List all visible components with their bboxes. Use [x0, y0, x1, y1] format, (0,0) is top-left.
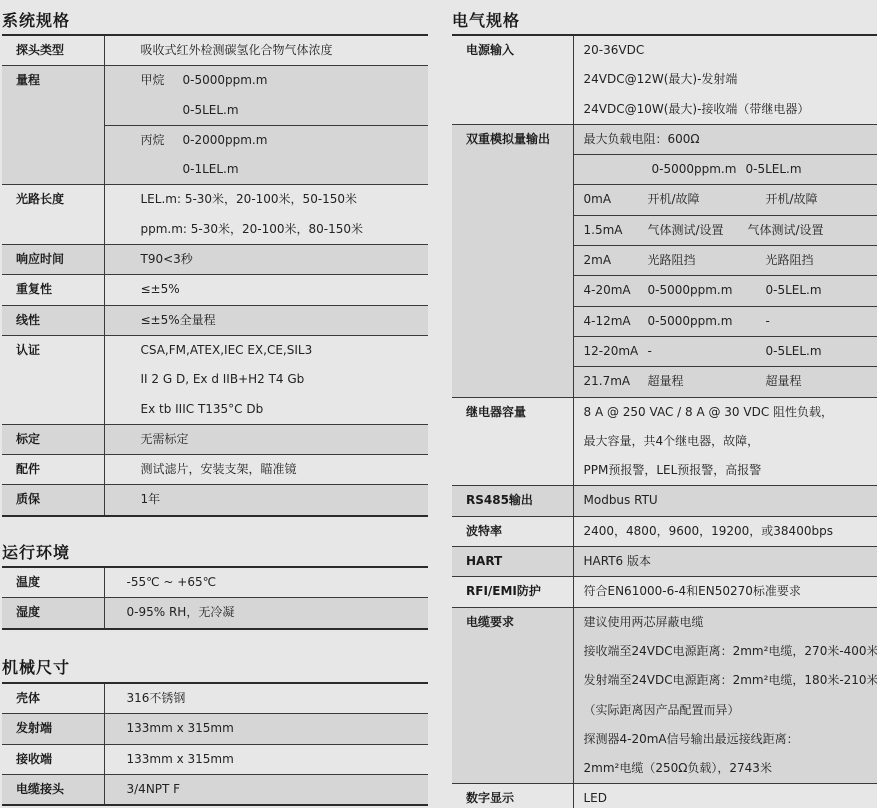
row-value: 无需标定	[141, 425, 429, 454]
row-label: 线性	[16, 306, 104, 335]
table-row: 壳体 316不锈钢	[2, 683, 428, 714]
row-label: 标定	[16, 425, 104, 454]
row-label: 探头类型	[16, 36, 104, 65]
row-value: 8 A @ 250 VAC / 8 A @ 30 VDC 阻性负载，	[584, 398, 877, 427]
table-row: 双重模拟量输出 最大负载电阻：600Ω 0-5000ppm.m 0-5LEL.m…	[452, 124, 877, 397]
section-title-electrical: 电气规格	[452, 8, 520, 31]
row-value: -55℃ ~ +65℃	[127, 568, 429, 597]
analog-header-row: 0-5000ppm.m 0-5LEL.m	[574, 154, 877, 184]
row-value: 0-2000ppm.m	[183, 126, 268, 155]
row-label: 温度	[16, 568, 104, 597]
row-label: 配件	[16, 455, 104, 484]
row-value: 2mm²电缆（250Ω负载），2743米	[584, 754, 877, 783]
row-label: 电缆接头	[16, 775, 104, 804]
table-row: RFI/EMI防护 符合EN61000-6-4和EN50270标准要求	[452, 577, 877, 607]
row-value: 0-5LEL.m	[183, 96, 268, 125]
section-title-mechanical: 机械尺寸	[2, 655, 70, 678]
row-value: 133mm x 315mm	[127, 745, 429, 774]
analog-row: 0mA 开机/故障 开机/故障	[574, 184, 877, 214]
table-row: 重复性 ≤±5%	[2, 275, 428, 305]
analog-row: 21.7mA 超量程 超量程	[574, 366, 877, 396]
analog-row: 4-12mA 0-5000ppm.m -	[574, 306, 877, 336]
table-row: 认证 CSA,FM,ATEX,IEC EX,CE,SIL3 II 2 G D, …	[2, 335, 428, 424]
row-value: LED	[584, 784, 877, 808]
table-row: 量程 甲烷 0-5000ppm.m 0-5LEL.m 丙烷 0-2000ppm.…	[2, 66, 428, 185]
table-row: 探头类型 吸收式红外检测碳氢化合物气体浓度	[2, 35, 428, 66]
row-value: 最大容量，共4个继电器，故障，	[584, 427, 877, 456]
table-row: HART HART6 版本	[452, 547, 877, 577]
table-row: 配件 测试滤片，安装支架，瞄准镜	[2, 455, 428, 485]
row-value: 符合EN61000-6-4和EN50270标准要求	[584, 577, 877, 606]
section-title-environment: 运行环境	[2, 540, 70, 563]
analog-row: 2mA 光路阻挡 光路阻挡	[574, 245, 877, 275]
table-row: 电缆接头 3/4NPT F	[2, 774, 428, 805]
row-label: 双重模拟量输出	[466, 125, 573, 154]
table-row: 继电器容量 8 A @ 250 VAC / 8 A @ 30 VDC 阻性负载，…	[452, 397, 877, 486]
row-label: 数字显示	[466, 784, 573, 808]
row-label: 波特率	[466, 517, 573, 546]
row-value: 24VDC@10W(最大)-接收端（带继电器）	[584, 95, 877, 124]
system-spec-table: 探头类型 吸收式红外检测碳氢化合物气体浓度 量程 甲烷 0-5000ppm.m …	[2, 34, 428, 517]
row-label: 重复性	[16, 275, 104, 304]
row-value: Modbus RTU	[584, 486, 877, 515]
row-label: RS485输出	[466, 486, 573, 515]
row-value: CSA,FM,ATEX,IEC EX,CE,SIL3	[141, 336, 429, 365]
header-ppm: 0-5000ppm.m	[648, 155, 746, 184]
row-value: PPM预报警，LEL预报警，高报警	[584, 456, 877, 485]
row-label: 湿度	[16, 598, 104, 627]
row-label: 认证	[16, 336, 104, 365]
row-value: ppm.m: 5-30米，20-100米，80-150米	[141, 215, 429, 244]
row-value: （实际距离因产品配置而异）	[584, 696, 877, 725]
row-value: 316不锈钢	[127, 684, 429, 713]
row-value: 探测器4-20mA信号输出最远接线距离：	[584, 725, 877, 754]
row-value: 测试滤片，安装支架，瞄准镜	[141, 455, 429, 484]
row-value: 24VDC@12W(最大)-发射端	[584, 65, 877, 94]
row-value: 0-95% RH，无冷凝	[127, 598, 429, 627]
row-label: 光路长度	[16, 185, 104, 214]
row-value: 0-5000ppm.m	[183, 66, 268, 95]
table-row: 线性 ≤±5%全量程	[2, 305, 428, 335]
row-value: 发射端至24VDC电源距离：2mm²电缆，180米-210米	[584, 666, 877, 695]
table-row: 发射端 133mm x 315mm	[2, 714, 428, 744]
mechanical-table: 壳体 316不锈钢 发射端 133mm x 315mm 接收端 133mm x …	[2, 682, 428, 806]
row-value: 0-1LEL.m	[183, 155, 268, 184]
row-value: T90<3秒	[141, 245, 429, 274]
row-value: 133mm x 315mm	[127, 714, 429, 743]
analog-row: 4-20mA 0-5000ppm.m 0-5LEL.m	[574, 275, 877, 305]
row-value: 3/4NPT F	[127, 775, 429, 804]
row-label: 量程	[16, 66, 104, 95]
environment-table: 温度 -55℃ ~ +65℃ 湿度 0-95% RH，无冷凝	[2, 566, 428, 630]
row-value: 接收端至24VDC电源距离：2mm²电缆，270米-400米	[584, 637, 877, 666]
gas-name: 丙烷	[141, 126, 183, 155]
table-row: RS485输出 Modbus RTU	[452, 486, 877, 516]
table-row: 电缆要求 建议使用两芯屏蔽电缆 接收端至24VDC电源距离：2mm²电缆，270…	[452, 607, 877, 784]
table-row: 响应时间 T90<3秒	[2, 245, 428, 275]
analog-row: 1.5mA 气体测试/设置 气体测试/设置	[574, 215, 877, 245]
row-label: 质保	[16, 485, 104, 514]
row-label: 电源输入	[466, 36, 573, 65]
row-value: 1年	[141, 485, 429, 514]
table-row: 数字显示 LED	[452, 784, 877, 808]
table-row: 电源输入 20-36VDC 24VDC@12W(最大)-发射端 24VDC@10…	[452, 35, 877, 124]
row-label: 壳体	[16, 684, 104, 713]
table-row: 光路长度 LEL.m: 5-30米，20-100米，50-150米 ppm.m:…	[2, 185, 428, 245]
header-lel: 0-5LEL.m	[746, 155, 802, 184]
row-label: 继电器容量	[466, 398, 573, 427]
row-label: HART	[466, 547, 573, 576]
row-value: Ex tb IIIC T135°C Db	[141, 395, 429, 424]
row-label: 接收端	[16, 745, 104, 774]
analog-row: 12-20mA - 0-5LEL.m	[574, 336, 877, 366]
row-label: 发射端	[16, 714, 104, 743]
range-group-propane: 丙烷 0-2000ppm.m 0-1LEL.m	[105, 125, 429, 185]
section-title-system: 系统规格	[2, 8, 70, 31]
table-row: 波特率 2400，4800，9600，19200，或38400bps	[452, 516, 877, 546]
row-label: RFI/EMI防护	[466, 577, 573, 606]
range-group-methane: 甲烷 0-5000ppm.m 0-5LEL.m	[105, 66, 429, 125]
row-value: ≤±5%	[141, 275, 429, 304]
electrical-table: 电源输入 20-36VDC 24VDC@12W(最大)-发射端 24VDC@10…	[452, 34, 877, 808]
row-value: 吸收式红外检测碳氢化合物气体浓度	[141, 36, 429, 65]
row-value: LEL.m: 5-30米，20-100米，50-150米	[141, 185, 429, 214]
row-value: II 2 G D, Ex d IIB+H2 T4 Gb	[141, 365, 429, 394]
table-row: 温度 -55℃ ~ +65℃	[2, 567, 428, 598]
row-value: 20-36VDC	[584, 36, 877, 65]
row-value: 建议使用两芯屏蔽电缆	[584, 608, 877, 637]
table-row: 湿度 0-95% RH，无冷凝	[2, 598, 428, 629]
table-row: 接收端 133mm x 315mm	[2, 744, 428, 774]
gas-name: 甲烷	[141, 66, 183, 95]
table-row: 质保 1年	[2, 485, 428, 516]
row-label: 响应时间	[16, 245, 104, 274]
row-label: 电缆要求	[466, 608, 573, 637]
max-load: 最大负载电阻：600Ω	[574, 125, 877, 154]
row-value: 2400，4800，9600，19200，或38400bps	[584, 517, 877, 546]
row-value: HART6 版本	[584, 547, 877, 576]
table-row: 标定 无需标定	[2, 424, 428, 454]
row-value: ≤±5%全量程	[141, 306, 429, 335]
